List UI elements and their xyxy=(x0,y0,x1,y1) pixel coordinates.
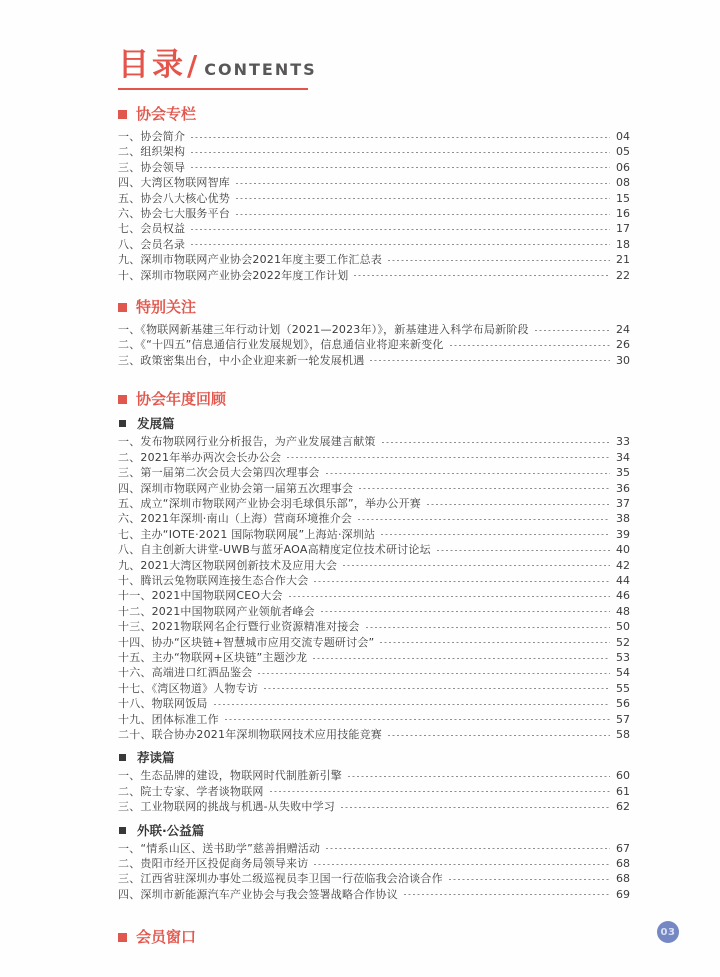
toc-row: 十、深圳市物联网产业协会2022年度工作计划22 xyxy=(118,268,630,283)
toc-entry-page-number: 62 xyxy=(615,799,630,814)
toc-section: 特别关注一、《物联网新基建三年行动计划（2021—2023年）》，新基建进入科学… xyxy=(118,298,630,368)
dotted-leader-line xyxy=(321,604,610,615)
toc-entry-page-number: 42 xyxy=(615,558,630,573)
subsection-entries: 一、发布物联网行业分析报告，为产业发展建言献策33二、2021年举办两次会长办公… xyxy=(118,434,630,742)
toc-entry-page-number: 04 xyxy=(615,129,630,144)
title-slash: / xyxy=(187,52,197,80)
toc-row: 五、协会八大核心优势15 xyxy=(118,191,630,206)
toc-row: 十六、高端进口红酒品鉴会54 xyxy=(118,665,630,680)
dotted-leader-line xyxy=(359,481,610,492)
toc-entry-label: 二、2021年举办两次会长办公会 xyxy=(118,450,281,465)
dotted-leader-line xyxy=(287,450,610,461)
toc-row: 四、深圳市新能源汽车产业协会与我会签署战略合作协议69 xyxy=(118,887,630,902)
dotted-leader-line xyxy=(370,353,610,364)
dotted-leader-line xyxy=(191,144,610,155)
page-header: 目录 / CONTENTS xyxy=(118,50,630,90)
dotted-leader-line xyxy=(388,727,610,738)
toc-entry-label: 十五、主办“物联网+区块链”主题沙龙 xyxy=(118,650,307,665)
dotted-leader-line xyxy=(236,175,610,186)
toc-entry-page-number: 38 xyxy=(615,511,630,526)
toc-row: 五、成立“深圳市物联网产业协会羽毛球俱乐部”，举办公开赛37 xyxy=(118,496,630,511)
section-entries: 一、协会简介04二、组织架构05三、协会领导06四、大湾区物联网智库08五、协会… xyxy=(118,129,630,283)
red-square-bullet-icon xyxy=(118,303,127,312)
toc-entry-label: 四、深圳市物联网产业协会第一届第五次理事会 xyxy=(118,481,353,496)
toc-entry-label: 一、“情系山区、送书助学”慈善捐赠活动 xyxy=(118,841,320,856)
toc-entry-label: 十、腾讯云兔物联网连接生态合作大会 xyxy=(118,573,308,588)
toc-entry-page-number: 15 xyxy=(615,191,630,206)
toc-row: 四、深圳市物联网产业协会第一届第五次理事会36 xyxy=(118,481,630,496)
toc-entry-label: 十六、高端进口红酒品鉴会 xyxy=(118,665,252,680)
section-heading: 特别关注 xyxy=(118,298,630,316)
black-square-bullet-icon xyxy=(119,754,126,761)
dotted-leader-line xyxy=(427,496,610,507)
toc-entry-label: 十四、协办“区块链+智慧城市应用交流专题研讨会” xyxy=(118,635,374,650)
page-number-badge: 03 xyxy=(657,921,679,943)
toc-entry-page-number: 52 xyxy=(615,635,630,650)
toc-row: 二十、联合协办2021年深圳物联网技术应用技能竞赛58 xyxy=(118,727,630,742)
dotted-leader-line xyxy=(341,799,610,810)
toc-entry-page-number: 05 xyxy=(615,144,630,159)
dotted-leader-line xyxy=(437,542,610,553)
toc-entry-label: 十七、《湾区物道》人物专访 xyxy=(118,681,258,696)
toc-section: 协会专栏一、协会简介04二、组织架构05三、协会领导06四、大湾区物联网智库08… xyxy=(118,105,630,283)
toc-entry-page-number: 40 xyxy=(615,542,630,557)
toc-row: 三、江西省驻深圳办事处二级巡视员李卫国一行莅临我会洽谈合作68 xyxy=(118,871,630,886)
toc-row: 二、《“十四五”信息通信行业发展规划》，信息通信业将迎来新变化26 xyxy=(118,337,630,352)
toc-row: 八、会员名录18 xyxy=(118,237,630,252)
toc-entry-label: 七、主办“IOTE·2021 国际物联网展”上海站·深圳站 xyxy=(118,527,375,542)
dotted-leader-line xyxy=(225,712,610,723)
toc-row: 一、“情系山区、送书助学”慈善捐赠活动67 xyxy=(118,841,630,856)
dotted-leader-line xyxy=(289,588,610,599)
toc-entry-label: 九、深圳市物联网产业协会2021年度主要工作汇总表 xyxy=(118,252,382,267)
subsection-entries: 一、“情系山区、送书助学”慈善捐赠活动67二、贵阳市经开区投促商务局领导来访68… xyxy=(118,841,630,903)
toc-entry-page-number: 67 xyxy=(615,841,630,856)
dotted-leader-line xyxy=(535,322,610,333)
toc-entry-label: 四、大湾区物联网智库 xyxy=(118,175,230,190)
dotted-leader-line xyxy=(449,871,610,882)
toc-row: 九、2021大湾区物联网创新技术及应用大会42 xyxy=(118,558,630,573)
toc-entry-page-number: 56 xyxy=(615,696,630,711)
toc-row: 一、《物联网新基建三年行动计划（2021—2023年）》，新基建进入科学布局新阶… xyxy=(118,322,630,337)
red-square-bullet-icon xyxy=(118,395,127,404)
toc-entry-page-number: 39 xyxy=(615,527,630,542)
toc-list: 协会专栏一、协会简介04二、组织架构05三、协会领导06四、大湾区物联网智库08… xyxy=(118,105,630,946)
toc-row: 十七、《湾区物道》人物专访55 xyxy=(118,681,630,696)
toc-row: 三、工业物联网的挑战与机遇-从失败中学习62 xyxy=(118,799,630,814)
dotted-leader-line xyxy=(191,221,610,232)
toc-entry-page-number: 61 xyxy=(615,784,630,799)
page-title-zh: 目录 xyxy=(118,50,186,81)
toc-entry-page-number: 68 xyxy=(615,856,630,871)
section-heading-label: 协会专栏 xyxy=(136,105,196,123)
toc-entry-page-number: 44 xyxy=(615,573,630,588)
toc-entry-label: 三、江西省驻深圳办事处二级巡视员李卫国一行莅临我会洽谈合作 xyxy=(118,871,443,886)
toc-row: 三、协会领导06 xyxy=(118,160,630,175)
toc-entry-label: 九、2021大湾区物联网创新技术及应用大会 xyxy=(118,558,337,573)
toc-entry-page-number: 57 xyxy=(615,712,630,727)
toc-entry-label: 一、协会简介 xyxy=(118,129,185,144)
dotted-leader-line xyxy=(358,511,610,522)
dotted-leader-line xyxy=(366,619,610,630)
toc-entry-label: 十、深圳市物联网产业协会2022年度工作计划 xyxy=(118,268,348,283)
toc-entry-page-number: 53 xyxy=(615,650,630,665)
toc-row: 十三、2021物联网名企行暨行业资源精准对接会50 xyxy=(118,619,630,634)
toc-entry-page-number: 60 xyxy=(615,768,630,783)
dotted-leader-line xyxy=(314,573,610,584)
title-underline xyxy=(118,88,308,90)
toc-entry-label: 五、协会八大核心优势 xyxy=(118,191,230,206)
toc-entry-page-number: 06 xyxy=(615,160,630,175)
dotted-leader-line xyxy=(236,206,610,217)
toc-entry-page-number: 18 xyxy=(615,237,630,252)
dotted-leader-line xyxy=(404,887,610,898)
toc-entry-label: 二、贵阳市经开区投促商务局领导来访 xyxy=(118,856,308,871)
toc-entry-label: 十八、物联网饭局 xyxy=(118,696,208,711)
toc-entry-page-number: 16 xyxy=(615,206,630,221)
toc-row: 十一、2021中国物联网CEO大会46 xyxy=(118,588,630,603)
black-square-bullet-icon xyxy=(119,420,126,427)
toc-entry-page-number: 26 xyxy=(615,337,630,352)
subsection-heading-label: 外联·公益篇 xyxy=(137,823,204,838)
toc-entry-label: 一、生态品牌的建设，物联网时代制胜新引擎 xyxy=(118,768,342,783)
toc-row: 十四、协办“区块链+智慧城市应用交流专题研讨会”52 xyxy=(118,635,630,650)
toc-entry-label: 三、工业物联网的挑战与机遇-从失败中学习 xyxy=(118,799,335,814)
toc-row: 三、第一届第二次会员大会第四次理事会35 xyxy=(118,465,630,480)
toc-entry-label: 十二、2021中国物联网产业领航者峰会 xyxy=(118,604,315,619)
toc-entry-page-number: 22 xyxy=(615,268,630,283)
toc-row: 七、主办“IOTE·2021 国际物联网展”上海站·深圳站39 xyxy=(118,527,630,542)
toc-entry-label: 五、成立“深圳市物联网产业协会羽毛球俱乐部”，举办公开赛 xyxy=(118,496,421,511)
toc-entry-page-number: 08 xyxy=(615,175,630,190)
toc-entry-page-number: 21 xyxy=(615,252,630,267)
toc-row: 十九、团体标准工作57 xyxy=(118,712,630,727)
toc-page: 目录 / CONTENTS 协会专栏一、协会简介04二、组织架构05三、协会领导… xyxy=(0,0,720,977)
dotted-leader-line xyxy=(450,337,610,348)
toc-entry-page-number: 34 xyxy=(615,450,630,465)
toc-entry-label: 二、院士专家、学者谈物联网 xyxy=(118,784,264,799)
dotted-leader-line xyxy=(214,696,610,707)
section-heading-label: 会员窗口 xyxy=(136,928,196,946)
toc-entry-page-number: 50 xyxy=(615,619,630,634)
dotted-leader-line xyxy=(380,635,610,646)
black-square-bullet-icon xyxy=(119,827,126,834)
toc-row: 二、院士专家、学者谈物联网61 xyxy=(118,784,630,799)
toc-entry-page-number: 48 xyxy=(615,604,630,619)
toc-entry-page-number: 55 xyxy=(615,681,630,696)
red-square-bullet-icon xyxy=(118,110,127,119)
toc-row: 十五、主办“物联网+区块链”主题沙龙53 xyxy=(118,650,630,665)
dotted-leader-line xyxy=(236,191,610,202)
section-heading-label: 协会年度回顾 xyxy=(136,390,226,408)
toc-row: 九、深圳市物联网产业协会2021年度主要工作汇总表21 xyxy=(118,252,630,267)
toc-entry-page-number: 35 xyxy=(615,465,630,480)
dotted-leader-line xyxy=(381,527,610,538)
dotted-leader-line xyxy=(354,268,610,279)
toc-entry-label: 六、协会七大服务平台 xyxy=(118,206,230,221)
dotted-leader-line xyxy=(191,160,610,171)
dotted-leader-line xyxy=(313,650,610,661)
toc-row: 七、会员权益17 xyxy=(118,221,630,236)
toc-entry-page-number: 37 xyxy=(615,496,630,511)
toc-row: 十八、物联网饭局56 xyxy=(118,696,630,711)
toc-entry-label: 十九、团体标准工作 xyxy=(118,712,219,727)
toc-row: 二、组织架构05 xyxy=(118,144,630,159)
toc-row: 二、贵阳市经开区投促商务局领导来访68 xyxy=(118,856,630,871)
toc-row: 八、自主创新大讲堂-UWB与蓝牙AOA高精度定位技术研讨论坛40 xyxy=(118,542,630,557)
toc-row: 二、2021年举办两次会长办公会34 xyxy=(118,450,630,465)
subsection-heading: 外联·公益篇 xyxy=(118,823,630,838)
subsection-heading-label: 发展篇 xyxy=(137,416,175,431)
toc-row: 四、大湾区物联网智库08 xyxy=(118,175,630,190)
toc-entry-page-number: 24 xyxy=(615,322,630,337)
section-heading: 会员窗口 xyxy=(118,928,630,946)
toc-entry-label: 六、2021年深圳·南山（上海）营商环境推介会 xyxy=(118,511,352,526)
dotted-leader-line xyxy=(388,252,610,263)
section-heading: 协会年度回顾 xyxy=(118,390,630,408)
toc-entry-label: 二、组织架构 xyxy=(118,144,185,159)
toc-row: 一、生态品牌的建设，物联网时代制胜新引擎60 xyxy=(118,768,630,783)
toc-section: 协会年度回顾发展篇一、发布物联网行业分析报告，为产业发展建言献策33二、2021… xyxy=(118,390,630,902)
toc-entry-page-number: 58 xyxy=(615,727,630,742)
toc-row: 十、腾讯云兔物联网连接生态合作大会44 xyxy=(118,573,630,588)
toc-entry-label: 三、政策密集出台，中小企业迎来新一轮发展机遇 xyxy=(118,353,364,368)
toc-row: 六、协会七大服务平台16 xyxy=(118,206,630,221)
toc-section: 会员窗口 xyxy=(118,928,630,946)
dotted-leader-line xyxy=(326,841,610,852)
subsection-heading-label: 荐读篇 xyxy=(137,750,175,765)
section-entries: 一、《物联网新基建三年行动计划（2021—2023年）》，新基建进入科学布局新阶… xyxy=(118,322,630,368)
subsection-heading: 发展篇 xyxy=(118,416,630,431)
toc-entry-label: 八、会员名录 xyxy=(118,237,185,252)
dotted-leader-line xyxy=(382,434,610,445)
toc-entry-page-number: 33 xyxy=(615,434,630,449)
toc-entry-label: 四、深圳市新能源汽车产业协会与我会签署战略合作协议 xyxy=(118,887,398,902)
toc-entry-label: 一、《物联网新基建三年行动计划（2021—2023年）》，新基建进入科学布局新阶… xyxy=(118,322,529,337)
dotted-leader-line xyxy=(326,465,610,476)
section-heading: 协会专栏 xyxy=(118,105,630,123)
toc-entry-page-number: 54 xyxy=(615,665,630,680)
toc-entry-page-number: 30 xyxy=(615,353,630,368)
dotted-leader-line xyxy=(343,558,610,569)
toc-entry-label: 十三、2021物联网名企行暨行业资源精准对接会 xyxy=(118,619,360,634)
toc-row: 三、政策密集出台，中小企业迎来新一轮发展机遇30 xyxy=(118,353,630,368)
dotted-leader-line xyxy=(314,856,610,867)
subsection-heading: 荐读篇 xyxy=(118,750,630,765)
toc-entry-page-number: 36 xyxy=(615,481,630,496)
toc-entry-page-number: 68 xyxy=(615,871,630,886)
dotted-leader-line xyxy=(191,237,610,248)
dotted-leader-line xyxy=(264,681,610,692)
page-title-en: CONTENTS xyxy=(204,62,316,78)
toc-entry-label: 二、《“十四五”信息通信行业发展规划》，信息通信业将迎来新变化 xyxy=(118,337,444,352)
toc-entry-label: 一、发布物联网行业分析报告，为产业发展建言献策 xyxy=(118,434,376,449)
section-heading-label: 特别关注 xyxy=(136,298,196,316)
toc-row: 六、2021年深圳·南山（上海）营商环境推介会38 xyxy=(118,511,630,526)
toc-entry-label: 八、自主创新大讲堂-UWB与蓝牙AOA高精度定位技术研讨论坛 xyxy=(118,542,431,557)
toc-row: 一、发布物联网行业分析报告，为产业发展建言献策33 xyxy=(118,434,630,449)
toc-entry-page-number: 69 xyxy=(615,887,630,902)
toc-entry-label: 二十、联合协办2021年深圳物联网技术应用技能竞赛 xyxy=(118,727,382,742)
dotted-leader-line xyxy=(258,665,610,676)
red-square-bullet-icon xyxy=(118,933,127,942)
toc-entry-label: 十一、2021中国物联网CEO大会 xyxy=(118,588,283,603)
subsection-entries: 一、生态品牌的建设，物联网时代制胜新引擎60二、院士专家、学者谈物联网61三、工… xyxy=(118,768,630,814)
toc-entry-label: 三、第一届第二次会员大会第四次理事会 xyxy=(118,465,320,480)
page-title: 目录 / CONTENTS xyxy=(118,50,630,81)
toc-entry-page-number: 46 xyxy=(615,588,630,603)
toc-entry-page-number: 17 xyxy=(615,221,630,236)
toc-entry-label: 三、协会领导 xyxy=(118,160,185,175)
dotted-leader-line xyxy=(191,129,610,140)
toc-row: 一、协会简介04 xyxy=(118,129,630,144)
dotted-leader-line xyxy=(348,768,610,779)
dotted-leader-line xyxy=(270,784,610,795)
toc-row: 十二、2021中国物联网产业领航者峰会48 xyxy=(118,604,630,619)
toc-entry-label: 七、会员权益 xyxy=(118,221,185,236)
